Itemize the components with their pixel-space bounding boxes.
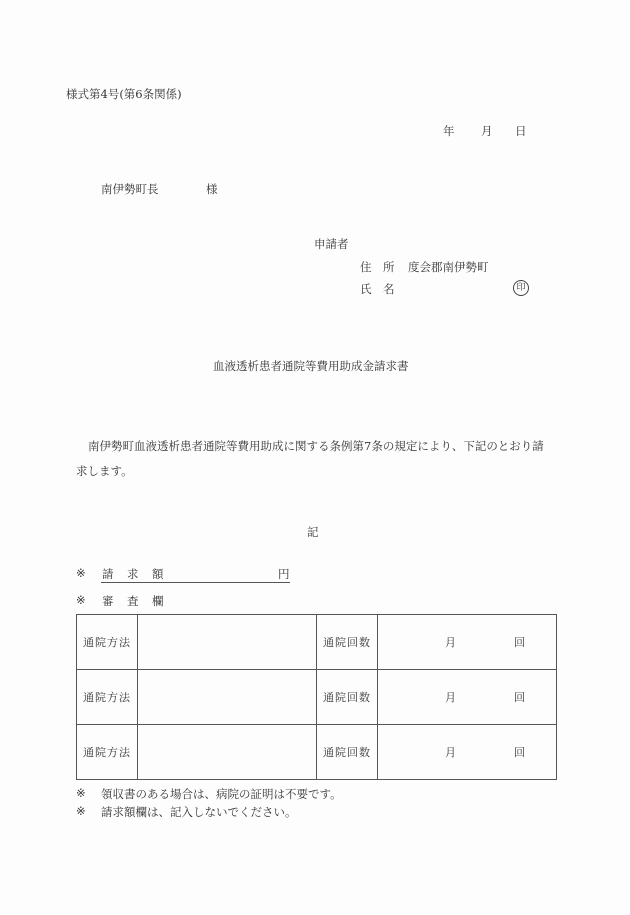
body-text-line1: 南伊勢町血液透析患者通院等費用助成に関する条例第7条の規定により、下記のとおり請 [88,438,544,454]
note-text: 請求額欄は、記入しないでください。 [101,804,297,820]
method-label: 通院方法 [77,670,138,725]
claim-amount-label: 請 求 額 [102,566,165,582]
month-label: 月 [445,689,456,705]
review-label: 審 査 欄 [102,593,165,609]
month-label: 月 [445,744,456,760]
count-label: 通院回数 [317,670,378,725]
ki-heading: 記 [307,524,319,540]
review-mark: ※ [76,593,86,607]
note-mark: ※ [76,804,86,818]
addressee-name: 南伊勢町長 [101,181,159,197]
addressee-honorific: 様 [206,181,218,197]
count-label: 通院回数 [317,725,378,780]
times-label: 回 [514,744,525,760]
table-row: 通院方法 通院回数 月 回 [77,615,557,670]
table-row: 通院方法 通院回数 月 回 [77,725,557,780]
claim-mark: ※ [76,566,86,580]
date-day-label: 日 [515,123,527,139]
count-value[interactable]: 月 回 [378,615,557,670]
method-label: 通院方法 [77,615,138,670]
method-label: 通院方法 [77,725,138,780]
form-number: 様式第4号(第6条関係) [66,86,182,102]
seal-mark-icon: 印 [513,280,529,296]
note-text: 領収書のある場合は、病院の証明は不要です。 [101,786,342,802]
address-value: 度会郡南伊勢町 [408,259,489,275]
method-value[interactable] [138,725,317,780]
date-month-label: 月 [481,123,493,139]
date-year-label: 年 [443,123,455,139]
count-value[interactable]: 月 回 [378,725,557,780]
times-label: 回 [514,634,525,650]
note-mark: ※ [76,786,86,800]
method-value[interactable] [138,615,317,670]
month-label: 月 [445,634,456,650]
document-title: 血液透析患者通院等費用助成金請求書 [213,358,409,374]
review-table: 通院方法 通院回数 月 回 通院方法 通院回数 月 回 通院方法 通院回数 月 … [76,614,557,780]
body-text-line2: 求します。 [76,463,133,479]
times-label: 回 [514,689,525,705]
count-label: 通院回数 [317,615,378,670]
table-row: 通院方法 通院回数 月 回 [77,670,557,725]
count-value[interactable]: 月 回 [378,670,557,725]
address-label: 住 所 [360,259,395,275]
applicant-label: 申請者 [314,236,349,252]
claim-unit: 円 [278,566,290,582]
name-label: 氏 名 [360,281,395,297]
method-value[interactable] [138,670,317,725]
